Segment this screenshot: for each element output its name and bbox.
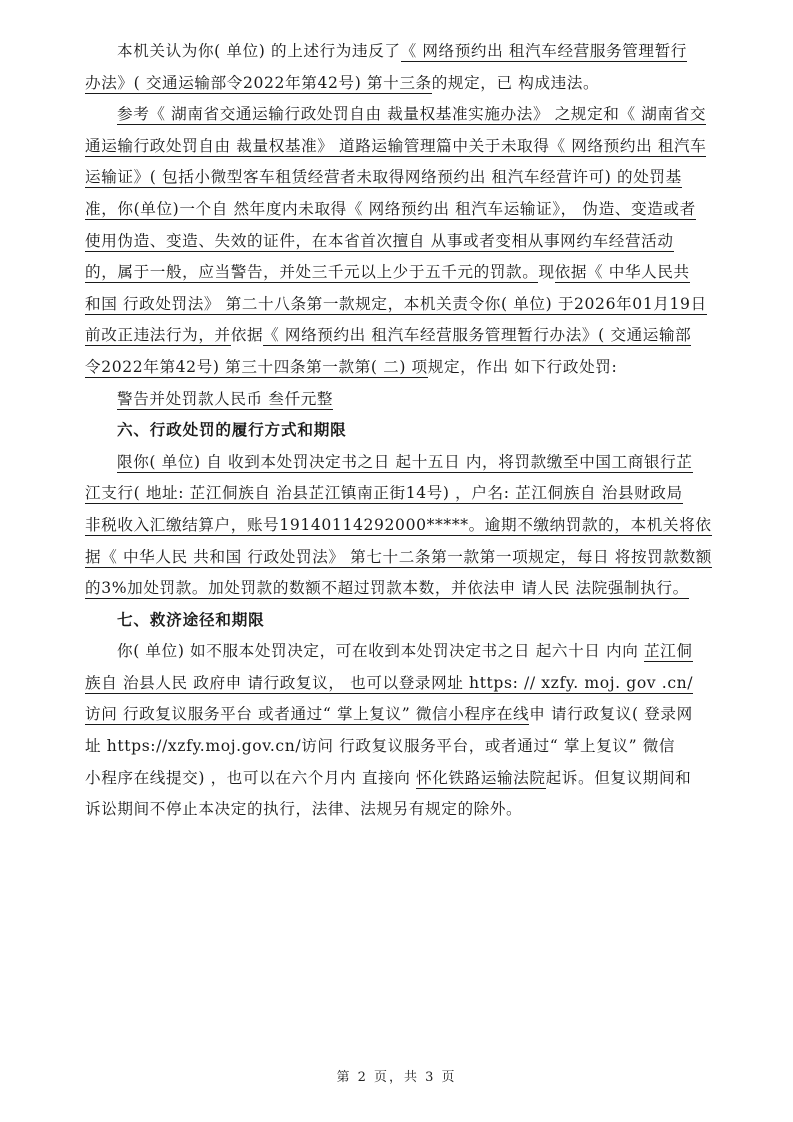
court-name: 怀化铁路运输法院 — [416, 769, 546, 789]
reference-line-2: 通运输行政处罚自由 裁量权基准》 道路运输管理篇中关于未取得《 网络预约出 租汽… — [85, 131, 711, 163]
underlined-text: 《 网络预约出 租汽车经营服务管理暂行 — [401, 42, 687, 62]
text: 的规定，已 构成违法。 — [432, 74, 600, 92]
document-page: 本机关认为你( 单位) 的上述行为违反了《 网络预约出 租汽车经营服务管理暂行 … — [85, 36, 711, 826]
section-6-line-5: 的3%加处罚款。加处罚款的数额不超过罚款本数，并依法申 请人民 法院强制执行。 — [85, 573, 711, 605]
text: 本机关认为你( 单位) 的上述行为违反了 — [117, 42, 401, 60]
section-7-line-1: 你( 单位) 如不服本处罚决定，可在收到本处罚决定书之日 起六十日 内向 芷江侗 — [85, 636, 711, 668]
text: 申 请行政复议( 登录网 — [529, 705, 693, 723]
underlined-text: 通运输行政处罚自由 裁量权基准》 道路运输管理篇中关于未取得《 网络预约出 租汽… — [85, 137, 706, 157]
violation-line-1: 本机关认为你( 单位) 的上述行为违反了《 网络预约出 租汽车经营服务管理暂行 — [85, 36, 711, 68]
underlined-text: 使用伪造、变造、失效的证件，在本省首次擅自 从事或者变相从事网约车经营活动 — [85, 232, 674, 252]
underlined-text: 《 网络预约出 租汽车经营服务管理暂行办法》( 交通运输部 — [263, 326, 691, 346]
section-6-line-2: 江支行( 地址: 芷江侗族自 治县芷江镇南正街14号) ，户名: 芷江侗族自 治… — [85, 478, 711, 510]
text: 小程序在线提交) ，也可以在六个月内 直接向 — [85, 769, 416, 787]
underlined-text: 前改正违法行为，并 — [85, 326, 231, 346]
underlined-text: 和国 行政处罚法》 第二十八条第一款规定，本机关责令你( 单位) 于2026年0… — [85, 295, 707, 315]
section-6-line-4: 据《 中华人民 共和国 行政处罚法》 第七十二条第一款第一项规定，每日 将按罚款… — [85, 542, 711, 574]
text: 依据 — [231, 326, 263, 344]
section-6-line-3: 非税收入汇缴结算户，账号19140114292000*****。逾期不缴纳罚款的… — [85, 510, 711, 542]
underlined-text: 访问 行政复议服务平台 或者通过“ 掌上复议” 微信小程序在线 — [85, 705, 529, 725]
underlined-text: 族自 治县人民 政府申 请行政复议， 也可以登录网址 https: // xzf… — [85, 674, 693, 694]
text: 址 https://xzfy.moj.gov.cn/访问 行政复议服务平台，或者… — [85, 737, 675, 755]
underlined-text: 令2022年第42号) 第三十四条第一款第( 二) 项 — [85, 358, 428, 378]
underlined-text: 参考《 湖南省交通运输行政处罚自由 裁量权基准实施办法》 之规定和《 湖南省交 — [117, 105, 706, 125]
violation-line-2: 办法》( 交通运输部令2022年第42号) 第十三条的规定，已 构成违法。 — [85, 68, 711, 100]
text: 现 — [538, 263, 554, 281]
underlined-text: 据《 中华人民 共和国 行政处罚法》 第七十二条第一款第一项规定，每日 将按罚款… — [85, 548, 712, 568]
reference-line-5: 使用伪造、变造、失效的证件，在本省首次擅自 从事或者变相从事网约车经营活动 — [85, 226, 711, 258]
section-7-line-2: 族自 治县人民 政府申 请行政复议， 也可以登录网址 https: // xzf… — [85, 668, 711, 700]
reference-line-4: 准，你(单位)一个自 然年度内未取得《 网络预约出 租汽车运输证》， 伪造、变造… — [85, 194, 711, 226]
reference-line-9: 令2022年第42号) 第三十四条第一款第( 二) 项规定，作出 如下行政处罚: — [85, 352, 711, 384]
section-6-line-1: 限你( 单位) 自 收到本处罚决定书之日 起十五日 内，将罚款缴至中国工商银行芷 — [85, 447, 711, 479]
underlined-text: 非税收入汇缴结算户，账号19140114292000*****。逾期不缴纳罚款的… — [85, 516, 712, 536]
underlined-text: 芷江侗 — [644, 642, 693, 662]
underlined-text: 办法》( 交通运输部令2022年第42号) 第十三条 — [85, 74, 432, 94]
section-7-line-4: 址 https://xzfy.moj.gov.cn/访问 行政复议服务平台，或者… — [85, 731, 711, 763]
underlined-text: 的，属于一般，应当警告，并处三千元以上少于五千元的罚款。 — [85, 263, 538, 283]
penalty-text: 警告并处罚款人民币 叁仟元整 — [117, 390, 333, 410]
reference-line-3: 运输证》( 包括小微型客车租赁经营者未取得网络预约出 租汽车经营许可) 的处罚基 — [85, 162, 711, 194]
underlined-text: 限你( 单位) 自 收到本处罚决定书之日 起十五日 内，将罚款缴至中国工商银行芷 — [117, 453, 693, 473]
underlined-text: 江支行( 地址: 芷江侗族自 治县芷江镇南正街14号) ，户名: 芷江侗族自 治… — [85, 484, 683, 504]
text: 诉讼期间不停止本决定的执行，法律、法规另有规定的除外。 — [85, 800, 522, 818]
section-7-line-5: 小程序在线提交) ，也可以在六个月内 直接向 怀化铁路运输法院起诉。但复议期间和 — [85, 763, 711, 795]
section-7-line-3: 访问 行政复议服务平台 或者通过“ 掌上复议” 微信小程序在线申 请行政复议( … — [85, 699, 711, 731]
text: 你( 单位) 如不服本处罚决定，可在收到本处罚决定书之日 起六十日 内向 — [117, 642, 644, 660]
text: 起诉。但复议期间和 — [546, 769, 692, 787]
underlined-text: 运输证》( 包括小微型客车租赁经营者未取得网络预约出 租汽车经营许可) 的处罚基 — [85, 168, 682, 188]
text: 规定，作出 如下行政处罚: — [428, 358, 618, 376]
reference-line-1: 参考《 湖南省交通运输行政处罚自由 裁量权基准实施办法》 之规定和《 湖南省交 — [85, 99, 711, 131]
section-7-line-6: 诉讼期间不停止本决定的执行，法律、法规另有规定的除外。 — [85, 794, 711, 826]
section-6-heading: 六、行政处罚的履行方式和期限 — [85, 415, 711, 447]
reference-line-6: 的，属于一般，应当警告，并处三千元以上少于五千元的罚款。现依据《 中华人民共 — [85, 257, 711, 289]
penalty-line: 警告并处罚款人民币 叁仟元整 — [85, 384, 711, 416]
reference-line-7: 和国 行政处罚法》 第二十八条第一款规定，本机关责令你( 单位) 于2026年0… — [85, 289, 711, 321]
section-7-heading: 七、救济途径和期限 — [85, 605, 711, 637]
underlined-text: 的3%加处罚款。加处罚款的数额不超过罚款本数，并依法申 请人民 法院强制执行。 — [85, 579, 689, 599]
underlined-text: 依据《 中华人民共 — [555, 263, 690, 283]
underlined-text: 准，你(单位)一个自 然年度内未取得《 网络预约出 租汽车运输证》， 伪造、变造… — [85, 200, 696, 220]
reference-line-8: 前改正违法行为，并依据《 网络预约出 租汽车经营服务管理暂行办法》( 交通运输部 — [85, 320, 711, 352]
page-footer: 第 2 页，共 3 页 — [0, 1066, 793, 1085]
